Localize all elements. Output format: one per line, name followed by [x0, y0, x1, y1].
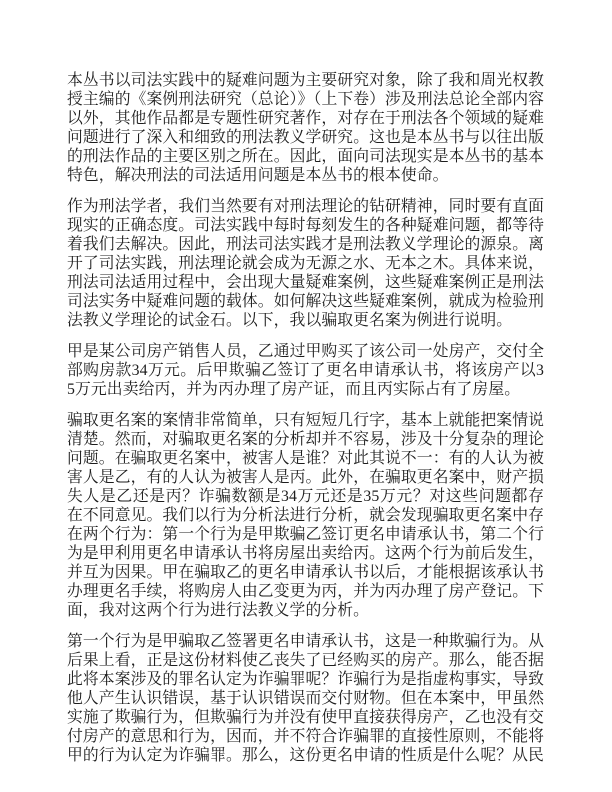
- paragraph-4: 骗取更名案的案情非常简单，只有短短几行字，基本上就能把案情说清楚。然而，对骗取更…: [67, 411, 544, 620]
- paragraph-5: 第一个行为是甲骗取乙签署更名申请承认书，这是一种欺骗行为。从后果上看，正是这份材…: [67, 632, 544, 765]
- text-block: 本丛书以司法实践中的疑难问题为主要研究对象，除了我和周光权教授主编的《案例刑法研…: [67, 71, 544, 777]
- paragraph-2: 作为刑法学者，我们当然要有对刑法理论的钻研精神，同时要有直面现实的正确态度。司法…: [67, 197, 544, 330]
- paragraph-1: 本丛书以司法实践中的疑难问题为主要研究对象，除了我和周光权教授主编的《案例刑法研…: [67, 71, 544, 185]
- document-page: 本丛书以司法实践中的疑难问题为主要研究对象，除了我和周光权教授主编的《案例刑法研…: [0, 0, 612, 792]
- paragraph-3: 甲是某公司房产销售人员，乙通过甲购买了该公司一处房产，交付全部购房款34万元。后…: [67, 342, 544, 399]
